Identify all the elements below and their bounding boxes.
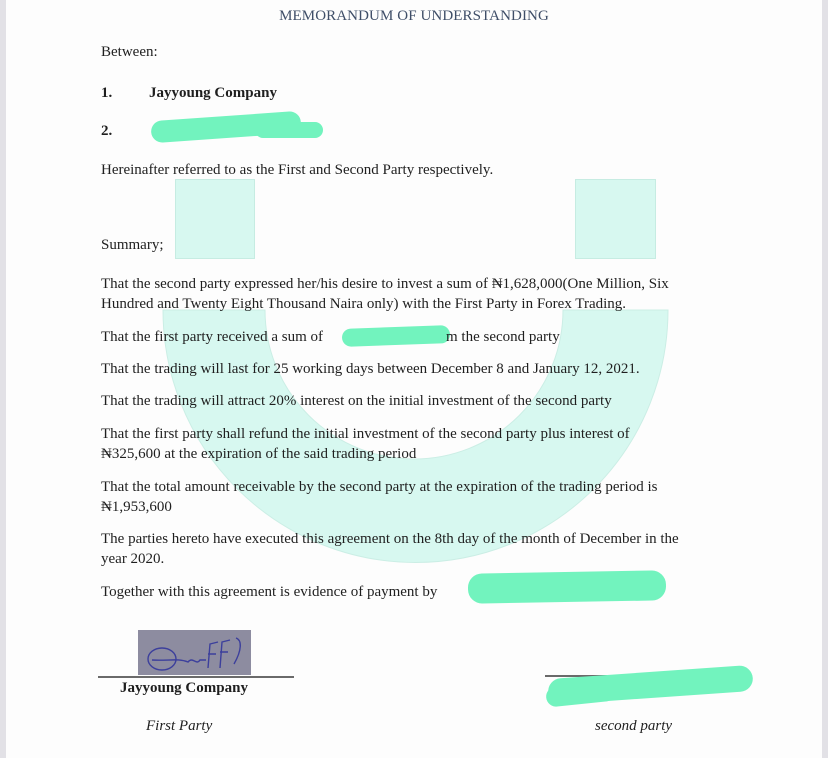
party-1-number: 1. — [101, 83, 112, 103]
between-label: Between: — [101, 42, 158, 62]
page-edge-right — [822, 0, 828, 758]
payer-redaction — [468, 570, 666, 603]
party-2-number: 2. — [101, 121, 112, 141]
party-2-redaction-tail — [255, 122, 323, 138]
clause-investment-line2: Hundred and Twenty Eight Thousand Naira … — [101, 294, 626, 314]
watermark-block-right — [575, 179, 656, 259]
clause-refund-line2: ₦325,600 at the expiration of the said t… — [101, 444, 416, 464]
document-title: MEMORANDUM OF UNDERSTANDING — [0, 6, 828, 26]
clause-received-text: That the first party received a sum of — [101, 327, 323, 347]
clause-refund-line1: That the first party shall refund the in… — [101, 424, 630, 444]
first-party-name: Jayyoung Company — [120, 678, 248, 698]
clause-duration: That the trading will last for 25 workin… — [101, 359, 640, 379]
hereinafter-text: Hereinafter referred to as the First and… — [101, 160, 493, 180]
clause-total-line2: ₦1,953,600 — [101, 497, 172, 517]
clause-total-line1: That the total amount receivable by the … — [101, 477, 657, 497]
first-party-role: First Party — [146, 716, 212, 736]
clause-execution-line2: year 2020. — [101, 549, 164, 569]
summary-label: Summary; — [101, 235, 164, 255]
party-1-name: Jayyoung Company — [149, 83, 277, 103]
document-page — [6, 0, 822, 758]
clause-payment-evidence: Together with this agreement is evidence… — [101, 582, 437, 602]
first-party-signature — [138, 630, 251, 675]
clause-interest-rate: That the trading will attract 20% intere… — [101, 391, 612, 411]
clause-execution-line1: The parties hereto have executed this ag… — [101, 529, 679, 549]
watermark-block-left — [175, 179, 255, 259]
received-amount-redaction — [342, 325, 451, 347]
clause-investment-line1: That the second party expressed her/his … — [101, 274, 669, 294]
second-party-role: second party — [595, 716, 672, 736]
clause-received-tail: m the second party — [446, 327, 560, 347]
